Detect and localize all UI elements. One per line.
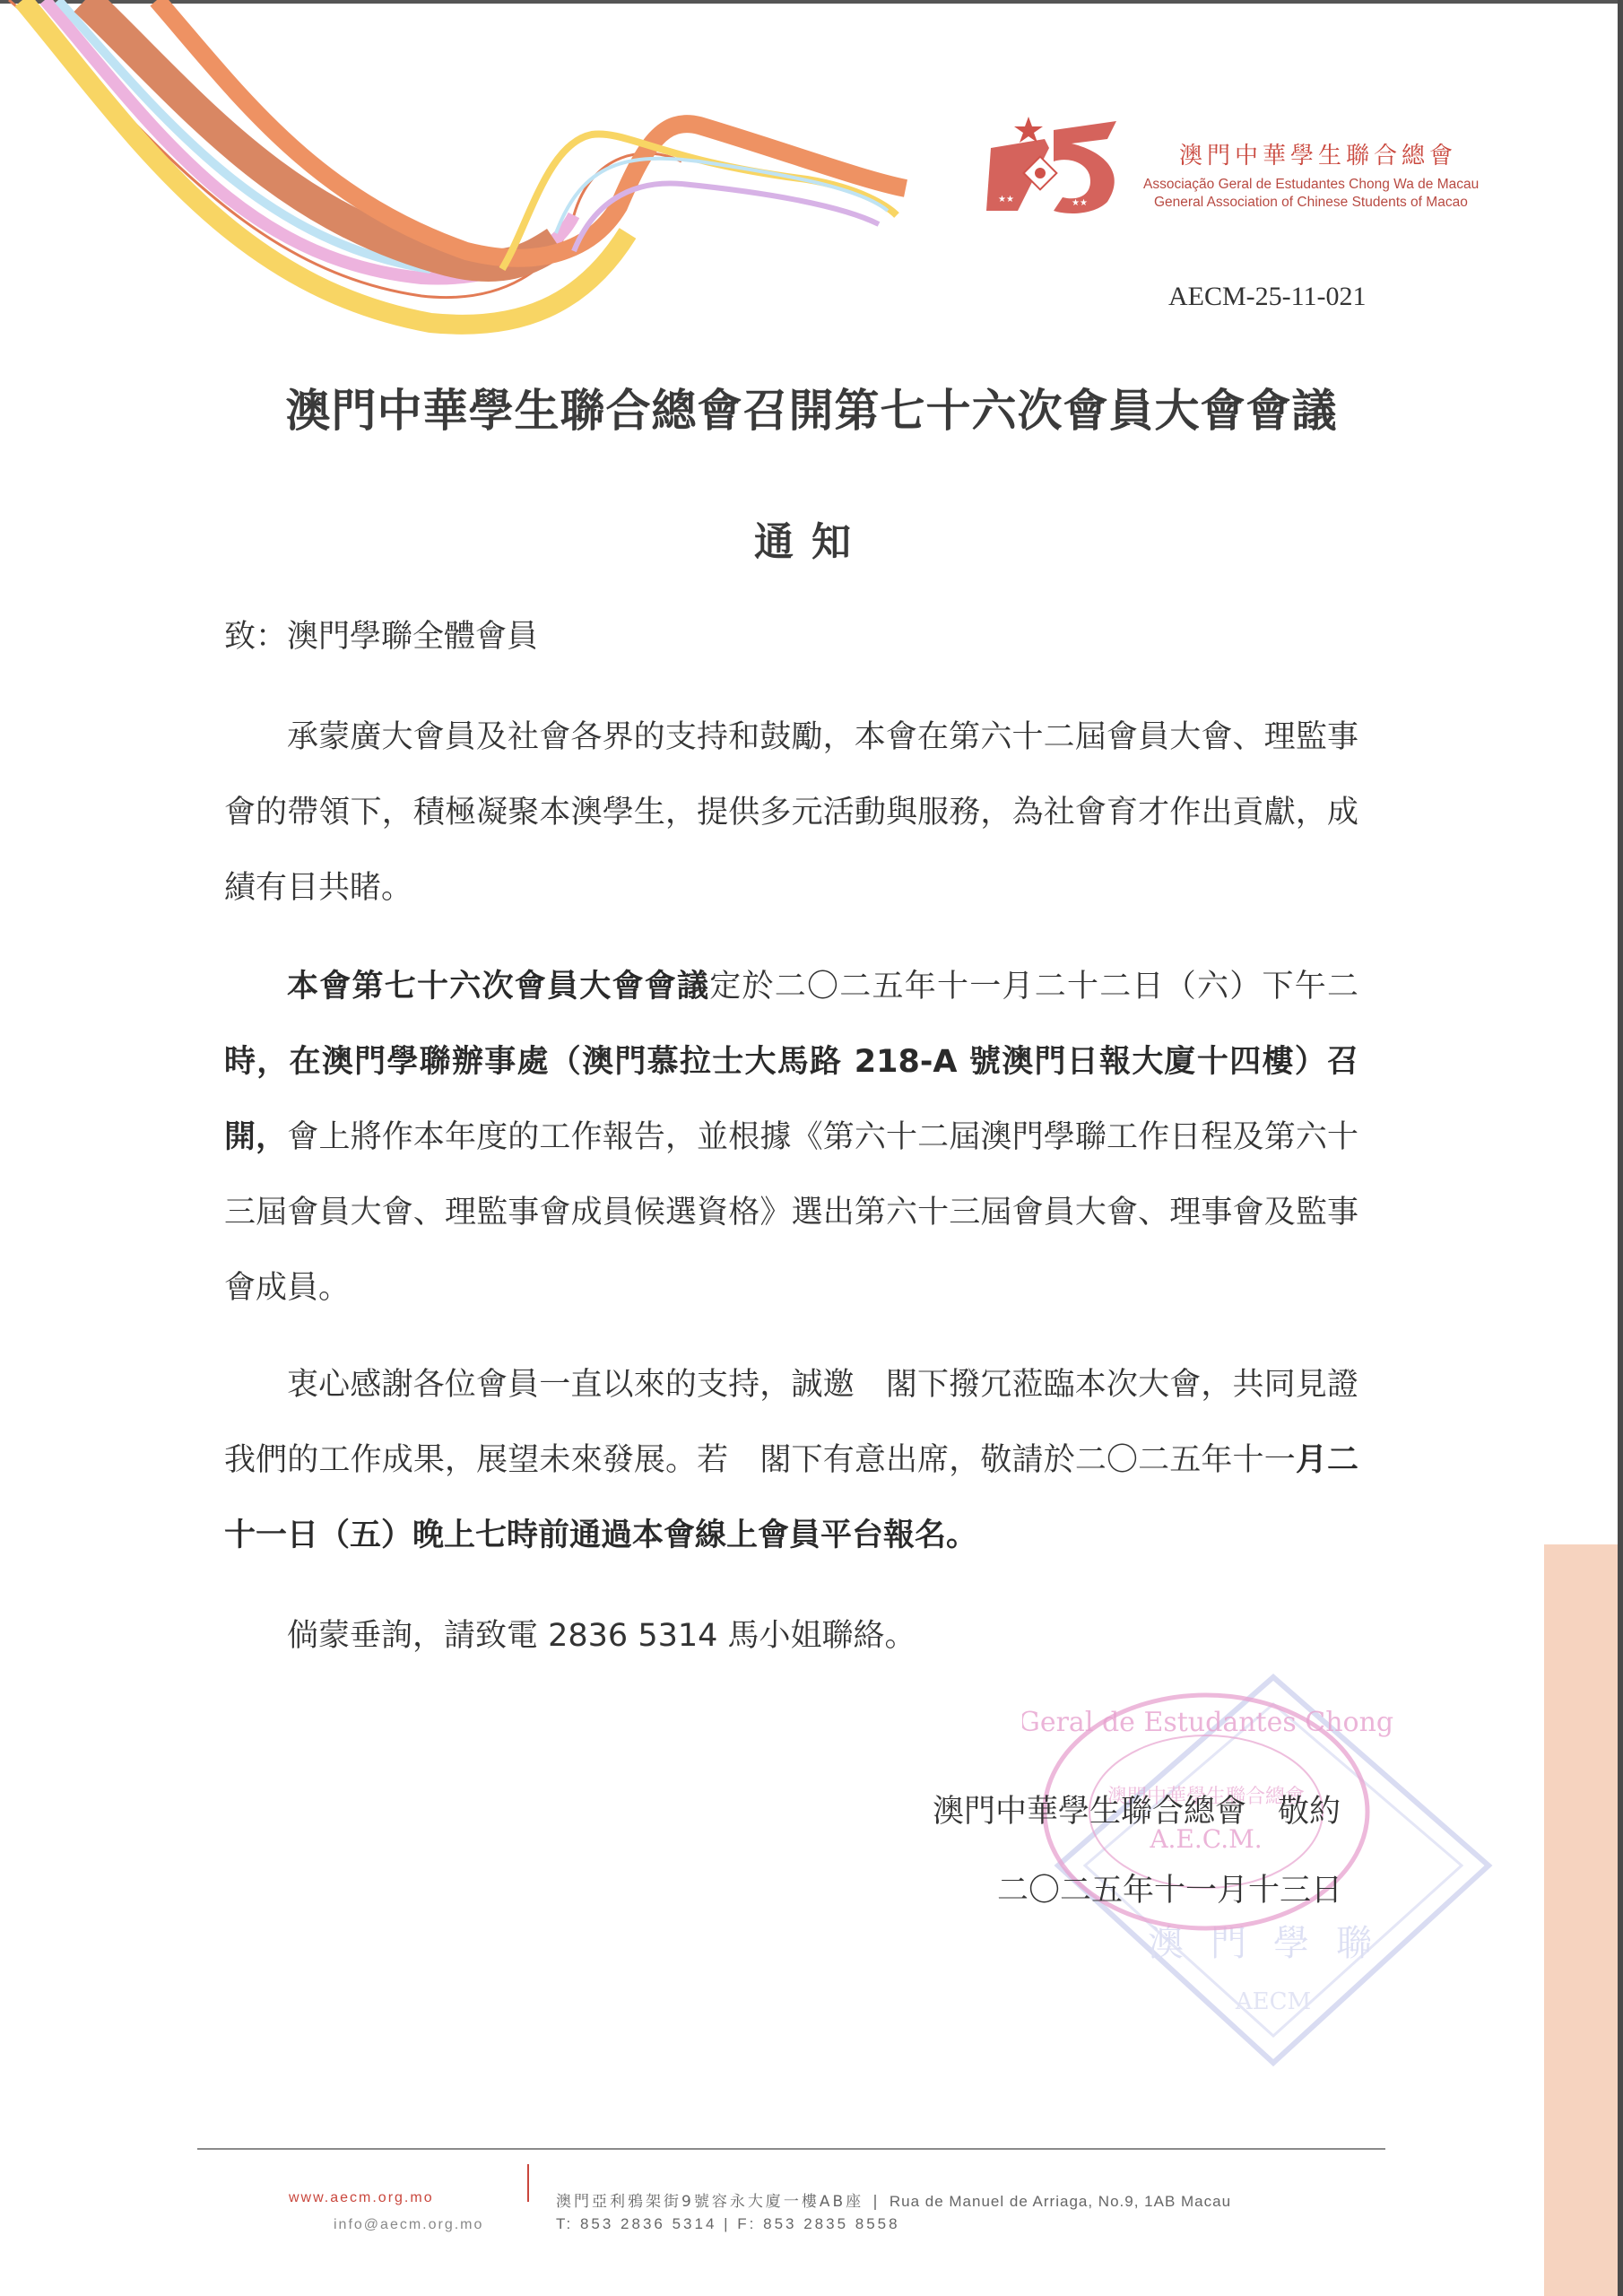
paragraph-3: 衷心感謝各位會員一直以來的支持，誠邀 閣下撥冗蒞臨本次大會，共同見證我們的工作成…	[224, 1347, 1358, 1573]
watermark-abbr: AECM	[1235, 1988, 1311, 2015]
footer-fax: F: 853 2835 8558	[737, 2215, 899, 2232]
footer-divider	[197, 2148, 1385, 2150]
letterhead: ★★ ★★ 澳門中華學生聯合總會 Associação Geral de Est…	[982, 112, 1520, 229]
paragraph-2: 本會第七十六次會員大會會議定於二〇二五年十一月二十二日（六）下午二時，在澳門學聯…	[224, 949, 1358, 1326]
svg-text:Geral de Estudantes Chong: Geral de Estudantes Chong	[1022, 1707, 1393, 1738]
footer-separator: |	[872, 2193, 881, 2211]
meeting-agenda: 會上將作本年度的工作報告，並根據《第六十二屆澳門學聯工作日程及第六十三屆會員大會…	[224, 1119, 1358, 1306]
contact-text: 倘蒙垂詢，請致電 2836 5314 馬小姐聯絡。	[287, 1618, 916, 1654]
footer-website-link[interactable]: www.aecm.org.mo	[289, 2190, 434, 2206]
page-edge-strip	[1544, 1544, 1618, 2296]
anniversary-logo-icon: ★★ ★★	[982, 112, 1134, 220]
reference-number: AECM-25-11-021	[1168, 282, 1367, 312]
footer-email-link[interactable]: info@aecm.org.mo	[334, 2217, 483, 2233]
paragraph-1-text: 承蒙廣大會員及社會各界的支持和鼓勵，本會在第六十二屆會員大會、理監事會的帶領下，…	[224, 719, 1358, 906]
svg-text:★★: ★★	[998, 195, 1014, 204]
meeting-name: 本會第七十六次會員大會會議	[287, 969, 709, 1004]
paragraph-4: 倘蒙垂詢，請致電 2836 5314 馬小姐聯絡。	[224, 1598, 1358, 1674]
footer-vertical-divider	[527, 2164, 529, 2202]
footer-address: 澳門亞利鴉架街9號容永大廈一樓AB座|Rua de Manuel de Arri…	[556, 2188, 1231, 2211]
document-title: 澳門中華學生聯合總會召開第七十六次會員大會會議	[0, 375, 1623, 439]
paragraph-1: 承蒙廣大會員及社會各界的支持和鼓勵，本會在第六十二屆會員大會、理監事會的帶領下，…	[224, 700, 1358, 926]
svg-text:★★: ★★	[1072, 198, 1088, 208]
org-name-en: General Association of Chinese Students …	[1154, 195, 1468, 211]
scan-right-edge	[1618, 0, 1623, 2296]
document-subtitle: 通知	[0, 509, 1623, 567]
footer-phone: T: 853 2836 5314 | F: 853 2835 8558	[556, 2215, 900, 2233]
footer-tel: T: 853 2836 5314	[556, 2215, 716, 2232]
footer-address-zh: 澳門亞利鴉架街9號容永大廈一樓AB座	[556, 2193, 864, 2211]
footer-address-pt: Rua de Manuel de Arriaga, No.9, 1AB Maca…	[890, 2193, 1231, 2210]
meeting-date: 定於二〇二五年十一月二十二日（六）下午二	[709, 969, 1358, 1004]
org-name-zh: 澳門中華學生聯合總會	[1179, 137, 1457, 170]
addressee: 致：澳門學聯全體會員	[224, 612, 538, 657]
org-name-pt: Associação Geral de Estudantes Chong Wa …	[1143, 177, 1479, 193]
signature-date: 二〇二五年十一月十三日	[997, 1865, 1342, 1910]
signature-org: 澳門中華學生聯合總會 敬約	[933, 1787, 1341, 1831]
invitation-text: 衷心感謝各位會員一直以來的支持，誠邀 閣下撥冗蒞臨本次大會，共同見證我們的工作成…	[224, 1367, 1358, 1478]
ribbon-decoration-icon	[0, 0, 986, 341]
